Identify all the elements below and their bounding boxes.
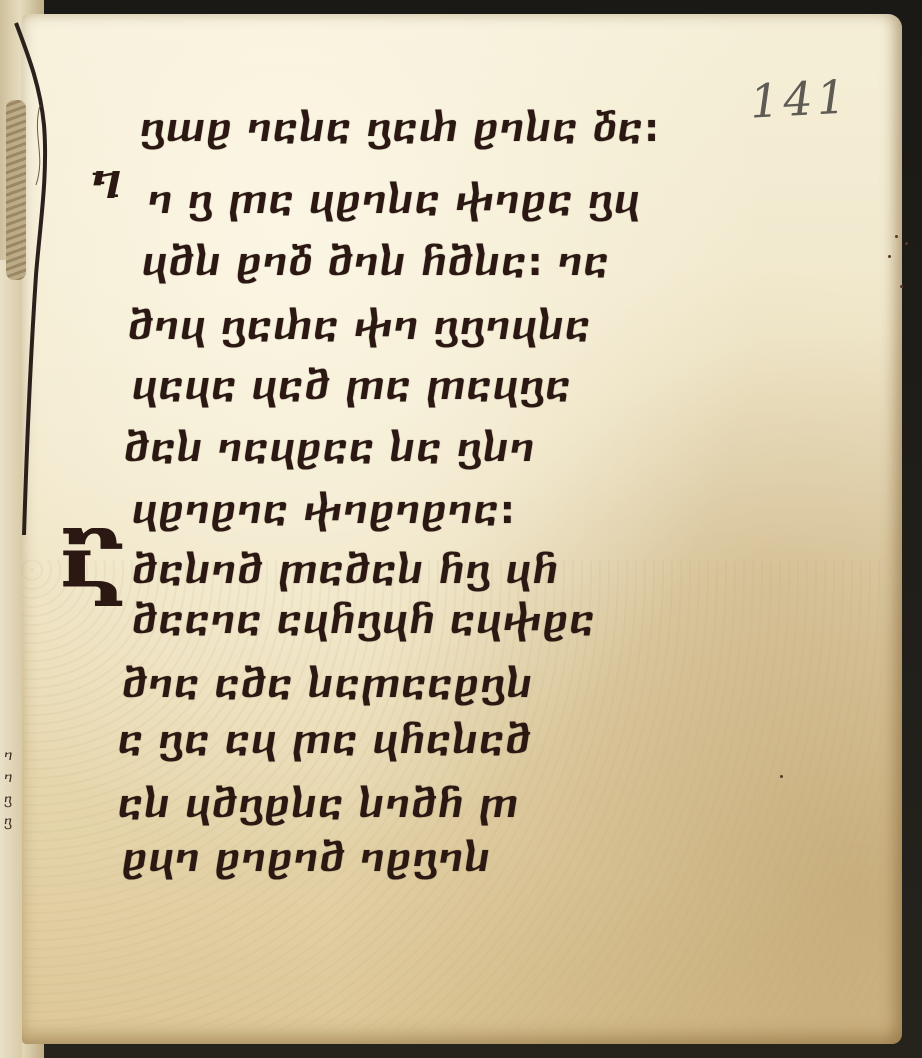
gutter-letter: ⴈ	[4, 745, 16, 767]
stain-dot	[780, 775, 783, 778]
text-line: ⴗⴋⴑ ⴒⴈⴃ ⴋⴈⴑ ⴌⴋⴑⴀ: ⴈⴀ	[142, 240, 610, 284]
stain-dot	[888, 255, 891, 258]
folio-number: 141	[749, 69, 852, 128]
text-line: ⴗⴀⴗⴀ ⴗⴀⴋ ⴜⴀ ⴜⴀⴗⴂⴀ	[132, 364, 572, 408]
stain-dot	[905, 242, 908, 245]
gutter-letter: ⴂ	[4, 811, 16, 833]
text-line: ⴗⴒⴈⴒⴈⴀ ⴕⴈⴒⴈⴒⴈⴀ:	[132, 488, 516, 532]
facing-page-letters: ⴈ ⴈ ⴂ ⴂ	[4, 745, 16, 833]
text-line: ⴋⴀⴀⴈⴀ ⴀⴗⴌⴂⴗⴌ ⴀⴗⴕⴒⴀ	[132, 598, 596, 642]
gutter-letter: ⴈ	[4, 767, 16, 789]
text-line: ⴋⴈⴗ ⴂⴀⴐⴀ ⴕⴈ ⴂⴂⴈⴗⴑⴀ	[128, 304, 591, 348]
initial-letter: ⴈ	[90, 150, 122, 211]
text-line: ⴋⴀⴑⴈⴋ ⴜⴀⴋⴀⴑ ⴌⴂ ⴗⴌ	[132, 548, 559, 592]
stain-dot	[900, 285, 903, 288]
stain-dot	[895, 235, 898, 238]
text-line: ⴈ ⴂ ⴜⴀ ⴗⴒⴈⴑⴀ ⴕⴈⴒⴀ ⴂⴗ	[148, 178, 641, 222]
text-line: ⴋⴈⴀ ⴀⴋⴀ ⴑⴀⴜⴀⴀⴒⴂⴑ	[122, 662, 533, 706]
text-line: ⴀ ⴂⴀ ⴀⴗ ⴜⴀ ⴗⴌⴀⴑⴀⴋ	[118, 718, 532, 762]
initial-letter-large: Ⴀ	[58, 520, 128, 628]
text-line: ⴂⴍⴒ ⴈⴀⴑⴀ ⴂⴀⴐ ⴒⴈⴑⴀ ⴃⴀ:	[140, 106, 660, 150]
gutter-letter: ⴂ	[4, 789, 16, 811]
text-line: ⴋⴀⴑ ⴈⴀⴗⴒⴀⴀ ⴑⴀ ⴂⴑⴈ	[124, 426, 536, 470]
text-line: ⴒⴗⴈ ⴒⴈⴒⴈⴋ ⴈⴒⴂⴈⴑ	[122, 836, 491, 880]
binding-thread-icon	[10, 15, 50, 535]
text-line: ⴀⴑ ⴗⴋⴂⴒⴑⴀ ⴑⴈⴋⴌ ⴜ	[118, 782, 519, 826]
